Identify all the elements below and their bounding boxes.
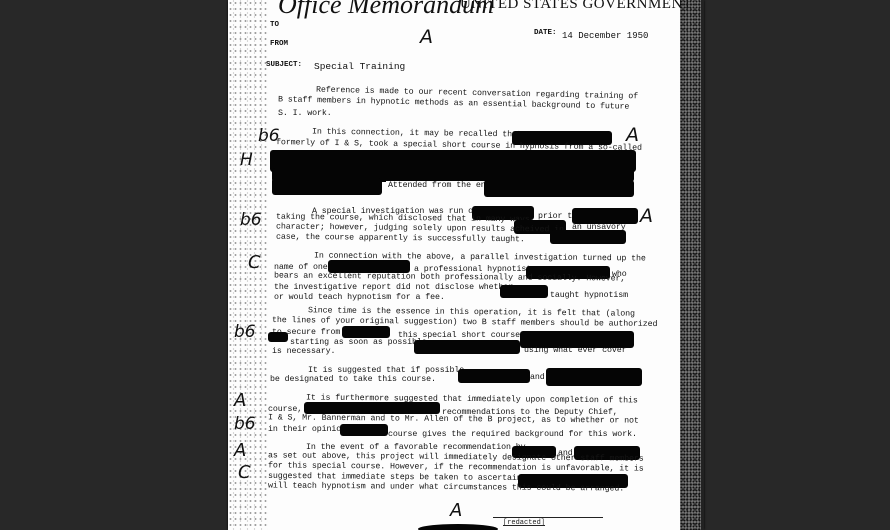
text-line: is necessary. xyxy=(272,347,335,356)
text-line: the investigative report did not disclos… xyxy=(274,283,513,292)
redaction xyxy=(304,402,440,414)
redaction xyxy=(268,332,288,342)
redaction xyxy=(500,285,548,298)
text-line: In the event of a favorable recommendati… xyxy=(306,443,526,452)
redaction xyxy=(272,178,382,195)
text-line: course gives the required background for… xyxy=(388,430,637,439)
from-label: FROM xyxy=(270,40,288,48)
annotation-c: C xyxy=(248,252,261,273)
redaction xyxy=(340,424,388,436)
redaction xyxy=(414,340,520,354)
annotation-h: H xyxy=(240,150,253,170)
memo-agency: UNITED STATES GOVERNMENT xyxy=(460,0,692,13)
redaction xyxy=(550,230,626,244)
text-line: taught hypnotism xyxy=(550,291,628,300)
text-line: in their opinion xyxy=(268,425,346,434)
annotation-a: A xyxy=(420,26,433,48)
redaction xyxy=(458,369,530,383)
redaction xyxy=(418,524,498,530)
text-line: starting as soon as possible xyxy=(290,338,427,347)
text-line: or would teach hypnotism for a fee. xyxy=(274,293,445,302)
annotation-a: A xyxy=(640,205,653,227)
scan-noise-right xyxy=(680,0,702,530)
subject-label: SUBJECT: xyxy=(266,61,302,69)
text-line: be designated to take this course. xyxy=(270,375,436,384)
page-edge xyxy=(701,0,704,530)
text-line: In this connection, it may be recalled t… xyxy=(312,128,522,140)
annotation-b6: b6 xyxy=(240,210,262,230)
text-line: S. I. work. xyxy=(278,109,332,118)
redaction xyxy=(484,180,634,197)
signature-name: [redacted] xyxy=(503,519,545,527)
annotation-b6: b6 xyxy=(234,322,256,342)
date-label: DATE: xyxy=(534,29,557,37)
text-line: case, the course apparently is successfu… xyxy=(276,233,525,245)
annotation-b6: b6 xyxy=(234,414,256,434)
text-line: I & S, Mr. Bannerman and to Mr. Allen of… xyxy=(268,413,639,425)
annotation-a: A xyxy=(450,500,462,521)
signature xyxy=(493,503,603,518)
text-line: Attended from the end xyxy=(386,181,492,190)
text-line: bears an excellent reputation both profe… xyxy=(274,271,625,283)
date-value: 14 December 1950 xyxy=(562,31,648,41)
text-line: using what ever cover xyxy=(524,346,626,355)
text-line: and xyxy=(530,373,545,382)
annotation-c: C xyxy=(238,462,251,483)
document-page: Office Memorandum UNITED STATES GOVERNME… xyxy=(228,0,704,530)
to-label: TO xyxy=(270,21,279,29)
redaction xyxy=(546,368,642,386)
text-line: will teach hypnotism and under what circ… xyxy=(268,481,624,493)
annotation-a: A xyxy=(234,440,246,461)
redaction xyxy=(572,208,638,224)
subject-value: Special Training xyxy=(314,61,405,72)
annotation-a: A xyxy=(234,390,246,411)
text-line: It is suggested that if possible xyxy=(308,366,464,375)
redaction xyxy=(342,326,390,338)
